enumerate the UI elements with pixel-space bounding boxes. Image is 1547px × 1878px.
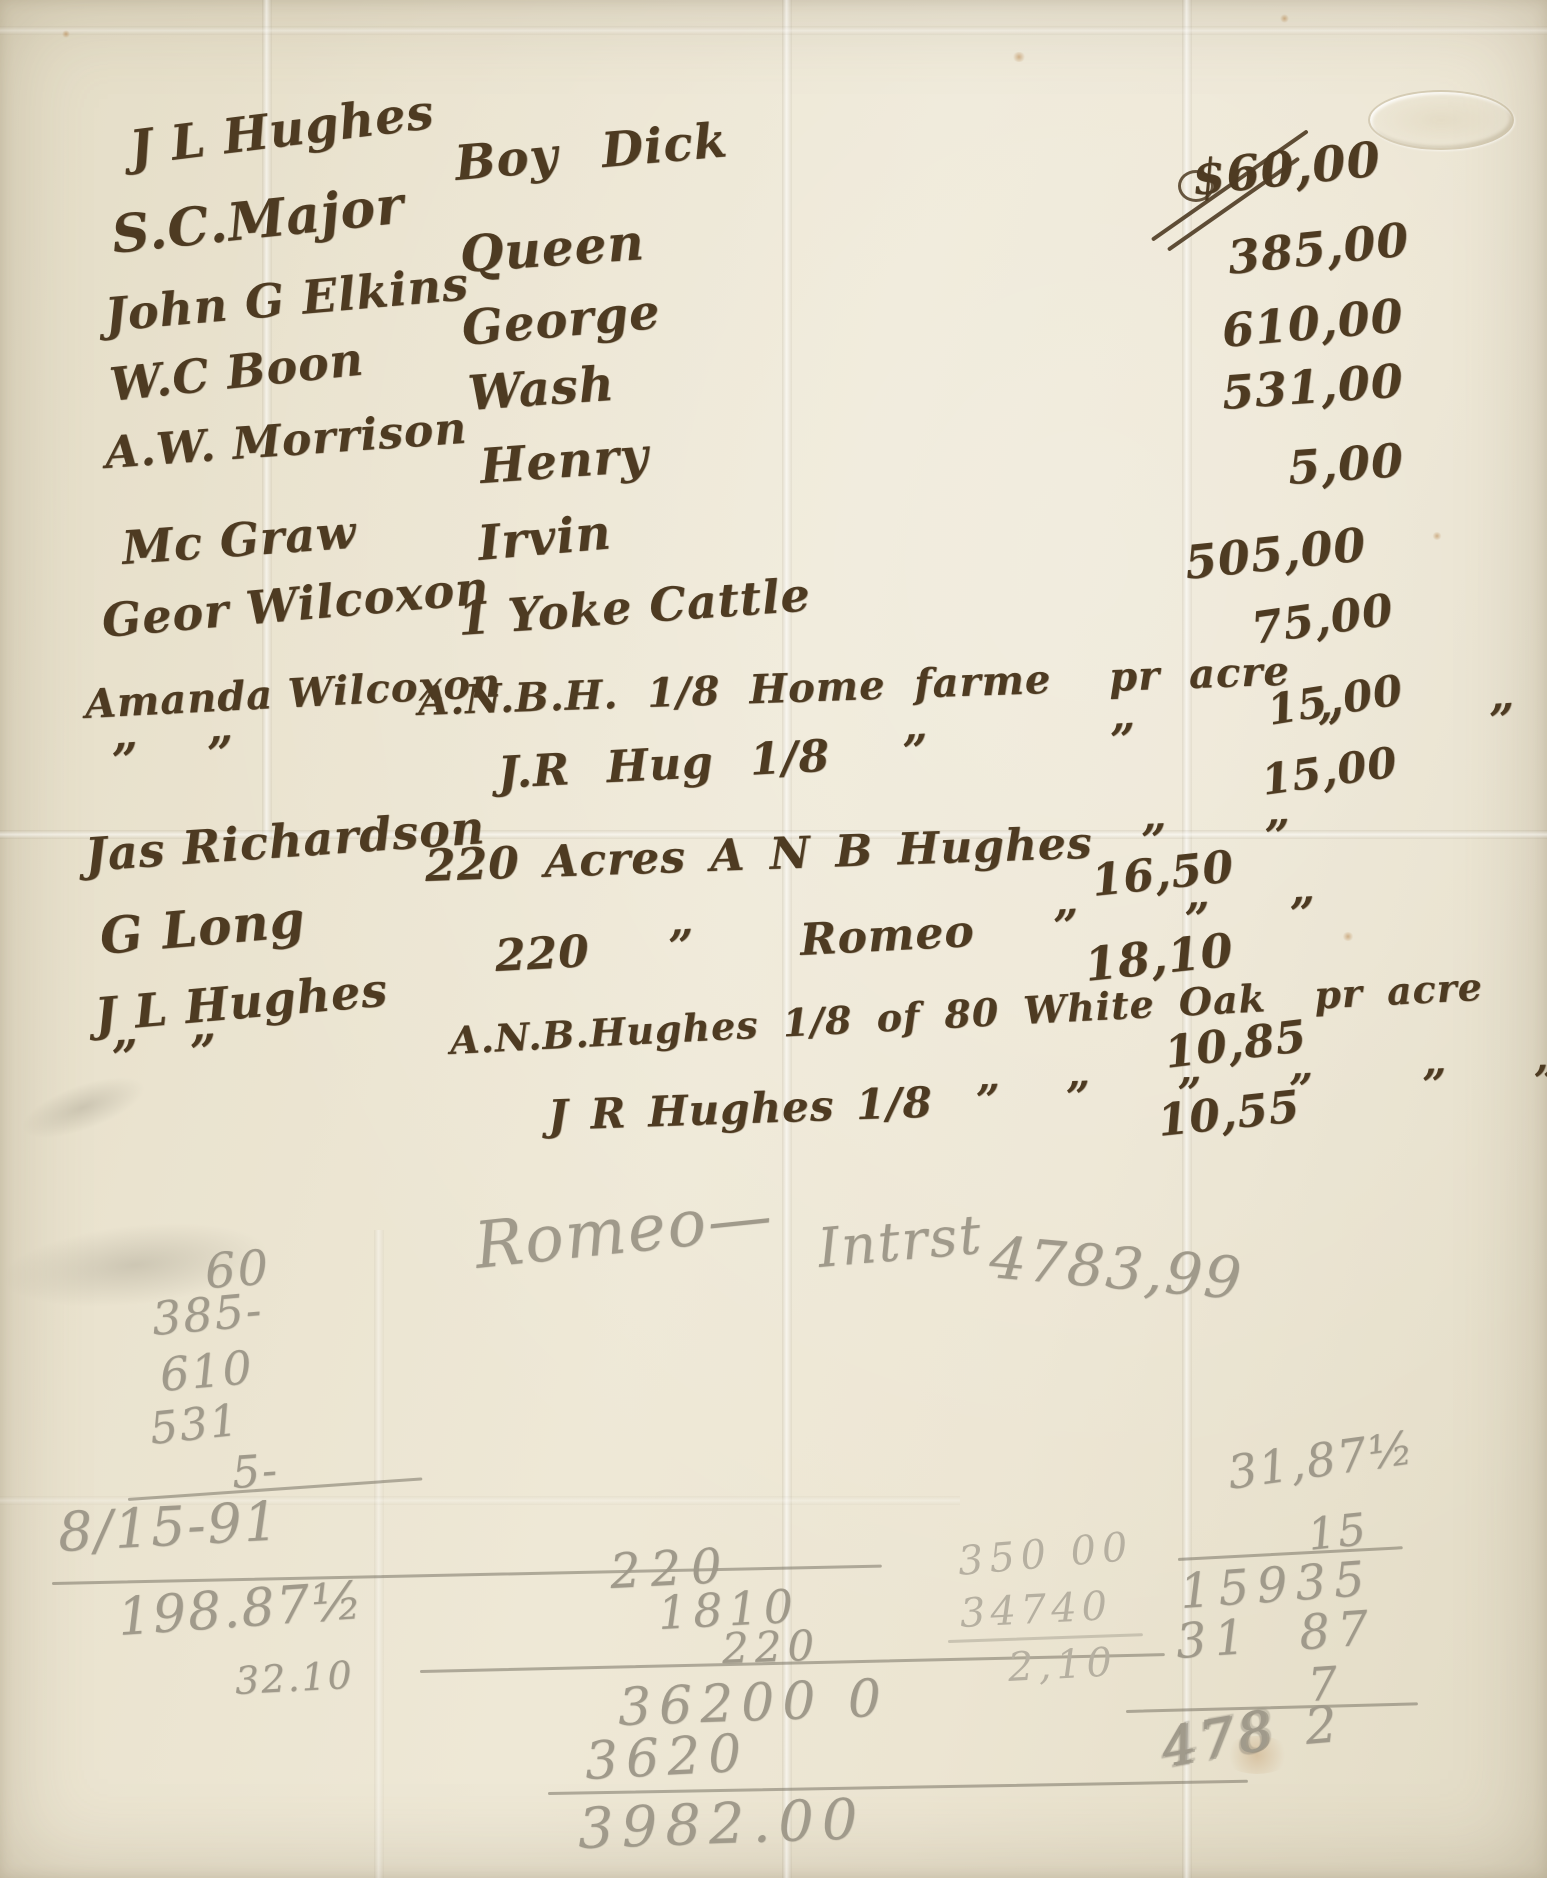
- right-total-scrawl-digit: 2: [1303, 1699, 1341, 1752]
- dollar-flourish-loop: [1178, 170, 1214, 202]
- row-1-item: Queen: [458, 217, 646, 280]
- foxing-spot: [1280, 14, 1289, 23]
- pencil-division-expression: 8/15-91: [57, 1494, 282, 1560]
- fold-crease-horizontal-top: [0, 26, 1547, 35]
- row-12-item: J R Hughes 1/8 ” ” ” ” ” ” ”: [547, 1057, 1547, 1137]
- row-12-amount: 10,55: [1156, 1085, 1303, 1144]
- row-5-name: Mc Graw: [120, 509, 358, 571]
- foxing-spot: [1432, 532, 1442, 540]
- row-2-name: John G Elkins: [103, 260, 470, 338]
- row-2-item: George: [460, 288, 662, 353]
- row-4-name: A.W. Morrison: [103, 407, 468, 476]
- pencil-note-name: Romeo—: [472, 1184, 777, 1279]
- row-12-name: ” ”: [110, 1028, 219, 1081]
- pencil-note-value: 4783,99: [987, 1228, 1245, 1308]
- row-3-item: Wash: [466, 360, 616, 418]
- pencil-left-addend-3: 531: [148, 1399, 242, 1452]
- row-5-item: Irvin: [476, 508, 613, 567]
- faint-figure-0: 350 00: [956, 1527, 1135, 1582]
- row-7-item: A.N.B.H. 1/8 Home farme pr acre: [417, 652, 1290, 722]
- pencil-quotient: 198.87½: [116, 1575, 365, 1644]
- row-1-amount: 385,00: [1226, 216, 1412, 281]
- mid-partial-0: 36200 0: [617, 1673, 890, 1734]
- foxing-spot: [62, 30, 70, 38]
- row-10-name: G Long: [98, 894, 308, 962]
- faint-figure-1: 34740: [959, 1586, 1113, 1634]
- pencil-note-label: Intrst: [816, 1208, 985, 1276]
- row-3-name: W.C Boon: [108, 335, 366, 407]
- right-addend-0: 31,87½: [1225, 1424, 1418, 1496]
- mid-partial-1: 3620: [584, 1727, 751, 1788]
- row-11-item: A.N.B.Hughes 1/8 of 80 White Oak pr acre: [449, 968, 1484, 1060]
- ledger-scan-page: J L Hughes Boy Dick $60,00 S.C.Major Que…: [0, 0, 1547, 1878]
- row-3-amount: 531,00: [1220, 357, 1405, 416]
- foxing-spot: [1342, 932, 1354, 941]
- row-4-amount: 5,00: [1286, 437, 1405, 491]
- row-6-name: Geor Wilcoxon: [100, 564, 491, 644]
- pencil-note-below: 32.10: [234, 1656, 355, 1700]
- row-0-item: Boy Dick: [453, 116, 730, 188]
- pencil-left-addend-2: 610: [158, 1344, 255, 1398]
- faint-figure-2: 2,10: [1007, 1642, 1118, 1688]
- row-11-name: J L Hughes: [93, 966, 390, 1037]
- row-6-amount: 75,00: [1249, 588, 1397, 651]
- row-6-item: 1 Yoke Cattle: [456, 571, 812, 642]
- fold-crease-vertical-lower-left: [374, 1230, 384, 1878]
- mid-total: 3982.00: [577, 1792, 866, 1858]
- embossed-stamp: [1368, 90, 1514, 150]
- right-partial-1: 31 87: [1174, 1604, 1378, 1666]
- row-1-name: S.C.Major: [109, 179, 406, 261]
- row-8-name: ” ”: [110, 729, 236, 783]
- row-0-name: J L Hughes: [127, 88, 437, 173]
- row-2-amount: 610,00: [1220, 292, 1405, 354]
- foxing-spot: [1012, 52, 1026, 62]
- pencil-left-addend-1: 385-: [150, 1286, 265, 1342]
- row-5-amount: 505,00: [1183, 521, 1369, 586]
- row-4-item: Henry: [478, 431, 650, 491]
